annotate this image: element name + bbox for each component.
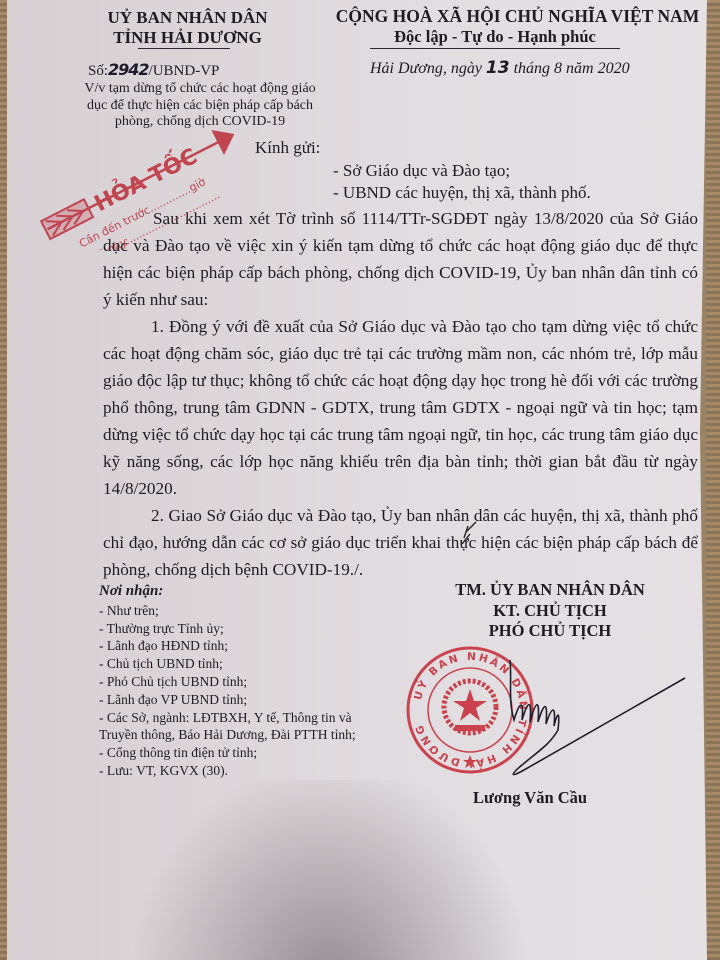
body-item-2: 2. Giao Sở Giáo dục và Đào tạo, Ủy ban n… xyxy=(103,502,698,583)
receiver-item: - Cổng thông tin điện tử tỉnh; xyxy=(99,744,399,762)
subject-line: dục để thực hiện các biện pháp cấp bách xyxy=(80,98,320,115)
signature-title-line: TM. ỦY BAN NHÂN DÂN xyxy=(400,580,700,601)
receiver-item: - Lãnh đạo HĐND tỉnh; xyxy=(99,637,399,655)
handwritten-signature xyxy=(500,660,700,790)
document-number: Số:2942/UBND-VP xyxy=(88,60,219,80)
subject-line: V/v tạm dừng tổ chức các hoạt động giáo xyxy=(80,81,320,98)
org-line-1: UỶ BAN NHÂN DÂN xyxy=(80,8,295,28)
issue-date: Hải Dương, ngày 13 tháng 8 năm 2020 xyxy=(370,58,630,78)
salutation-label: Kính gửi: xyxy=(255,138,320,158)
table-surface-right xyxy=(706,0,720,960)
recipient-item: - UBND các huyện, thị xã, thành phố. xyxy=(333,182,591,204)
body-item-1: 1. Đồng ý với đề xuất của Sở Giáo dục và… xyxy=(103,313,698,502)
signature-title-line: PHÓ CHỦ TỊCH xyxy=(400,621,700,642)
receiver-item: - Lãnh đạo VP UBND tỉnh; xyxy=(99,691,399,709)
org-line-2: TỈNH HẢI DƯƠNG xyxy=(80,28,295,48)
doc-number-suffix: /UBND-VP xyxy=(149,63,220,79)
receiver-item: - Như trên; xyxy=(99,602,399,620)
issuing-organization: UỶ BAN NHÂN DÂN TỈNH HẢI DƯƠNG xyxy=(80,8,295,48)
date-prefix: Hải Dương, ngày xyxy=(370,60,482,77)
initial-mark-icon xyxy=(458,520,482,546)
receiver-item: - Các Sở, ngành: LĐTBXH, Y tế, Thông tin… xyxy=(99,709,399,727)
date-suffix: tháng 8 năm 2020 xyxy=(514,60,630,77)
receivers-list: Nơi nhận: - Như trên; - Thường trực Tỉnh… xyxy=(99,583,399,780)
receiver-item: Truyền thông, Báo Hải Dương, Đài PTTH tỉ… xyxy=(99,726,399,744)
subject-line: phòng, chống dịch COVID-19 xyxy=(80,114,320,131)
receiver-item: - Thường trực Tỉnh ủy; xyxy=(99,620,399,638)
national-emblem-icon xyxy=(444,681,496,733)
receiver-item: - Lưu: VT, KGVX (30). xyxy=(99,762,399,780)
document-subject: V/v tạm dừng tổ chức các hoạt động giáo … xyxy=(80,81,320,131)
table-surface-left xyxy=(0,0,8,960)
signer-name: Lương Văn Cầu xyxy=(473,788,587,808)
date-day-handwritten: 13 xyxy=(486,58,510,78)
signature-title-line: KT. CHỦ TỊCH xyxy=(400,601,700,622)
national-title: CỘNG HOÀ XÃ HỘI CHỦ NGHĨA VIỆT NAM xyxy=(325,6,710,26)
body-intro: Sau khi xem xét Tờ trình số 1114/TTr-SGD… xyxy=(103,205,698,313)
org-underline xyxy=(138,48,230,49)
recipient-item: - Sở Giáo dục và Đào tạo; xyxy=(333,160,591,182)
doc-number-handwritten: 2942 xyxy=(108,60,149,79)
receivers-heading: Nơi nhận: xyxy=(99,583,399,601)
national-motto: Độc lập - Tự do - Hạnh phúc xyxy=(370,27,620,49)
receiver-item: - Phó Chủ tịch UBND tỉnh; xyxy=(99,673,399,691)
receiver-item: - Chủ tịch UBND tỉnh; xyxy=(99,655,399,673)
doc-number-label: Số: xyxy=(88,63,108,79)
salutation-recipients: - Sở Giáo dục và Đào tạo; - UBND các huy… xyxy=(333,160,591,204)
signature-title: TM. ỦY BAN NHÂN DÂN KT. CHỦ TỊCH PHÓ CHỦ… xyxy=(400,580,700,642)
document-body: Sau khi xem xét Tờ trình số 1114/TTr-SGD… xyxy=(103,205,698,583)
